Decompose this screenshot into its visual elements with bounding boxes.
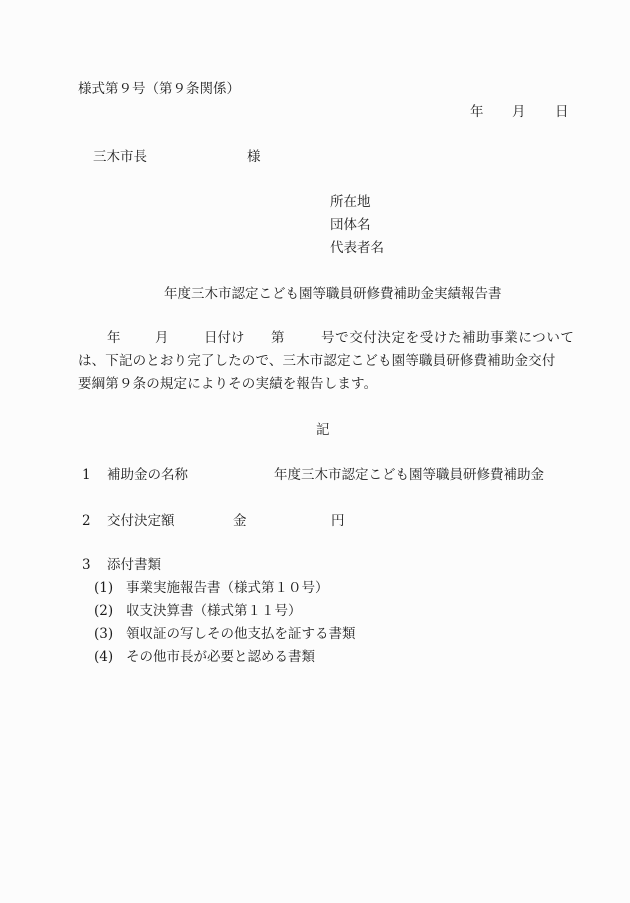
attachment-number: (3) — [94, 628, 113, 642]
body-month: 月 — [155, 332, 169, 346]
body-line1-rest: 号で交付決定を受けた補助事業について — [321, 332, 575, 346]
item-3-label: 添付書類 — [107, 559, 161, 573]
attachment-text: 領収証の写しその他支払を証する書類 — [126, 628, 356, 642]
item-1-label: 補助金の名称 — [107, 469, 188, 483]
body-line3: 要綱第９条の規定によりその実績を報告します。 — [78, 378, 377, 392]
item-1-number: 1 — [82, 469, 91, 483]
representative-label: 代表者名 — [330, 242, 384, 256]
item-2-value-prefix: 金 — [233, 515, 247, 529]
attachment-item: (4) その他市長が必要と認める書類 — [78, 651, 104, 705]
attachment-number: (2) — [94, 605, 113, 619]
address-label: 所在地 — [330, 196, 371, 210]
item-2-value-suffix: 円 — [331, 515, 345, 529]
item-2-label: 交付決定額 — [107, 515, 175, 529]
document-title: 年度三木市認定こども園等職員研修費補助金実績報告書 — [164, 288, 502, 302]
attachment-text: 事業実施報告書（様式第１０号） — [126, 582, 329, 596]
body-day-date: 日付け — [204, 332, 245, 346]
organization-label: 団体名 — [330, 219, 371, 233]
item-1-value: 年度三木市認定こども園等職員研修費補助金 — [274, 469, 544, 483]
note-heading: 記 — [316, 424, 330, 438]
body-number-prefix: 第 — [271, 332, 285, 346]
body-line2: は、下記のとおり完了したので、三木市認定こども園等職員研修費補助金交付 — [78, 355, 555, 369]
date-year: 年 — [470, 106, 484, 120]
item-2-number: 2 — [82, 515, 91, 529]
attachment-text: その他市長が必要と認める書類 — [126, 651, 315, 665]
attachment-number: (4) — [94, 651, 113, 665]
form-number: 様式第９号（第９条関係） — [78, 83, 240, 97]
attachment-text: 収支決算書（様式第１１号） — [126, 605, 302, 619]
body-year: 年 — [107, 332, 121, 346]
addressee-name: 三木市長 — [93, 151, 147, 165]
attachment-number: (1) — [94, 582, 113, 596]
addressee-honorific: 様 — [247, 151, 261, 165]
item-3-number: 3 — [82, 559, 91, 573]
date-month: 月 — [512, 106, 526, 120]
date-day: 日 — [555, 106, 569, 120]
